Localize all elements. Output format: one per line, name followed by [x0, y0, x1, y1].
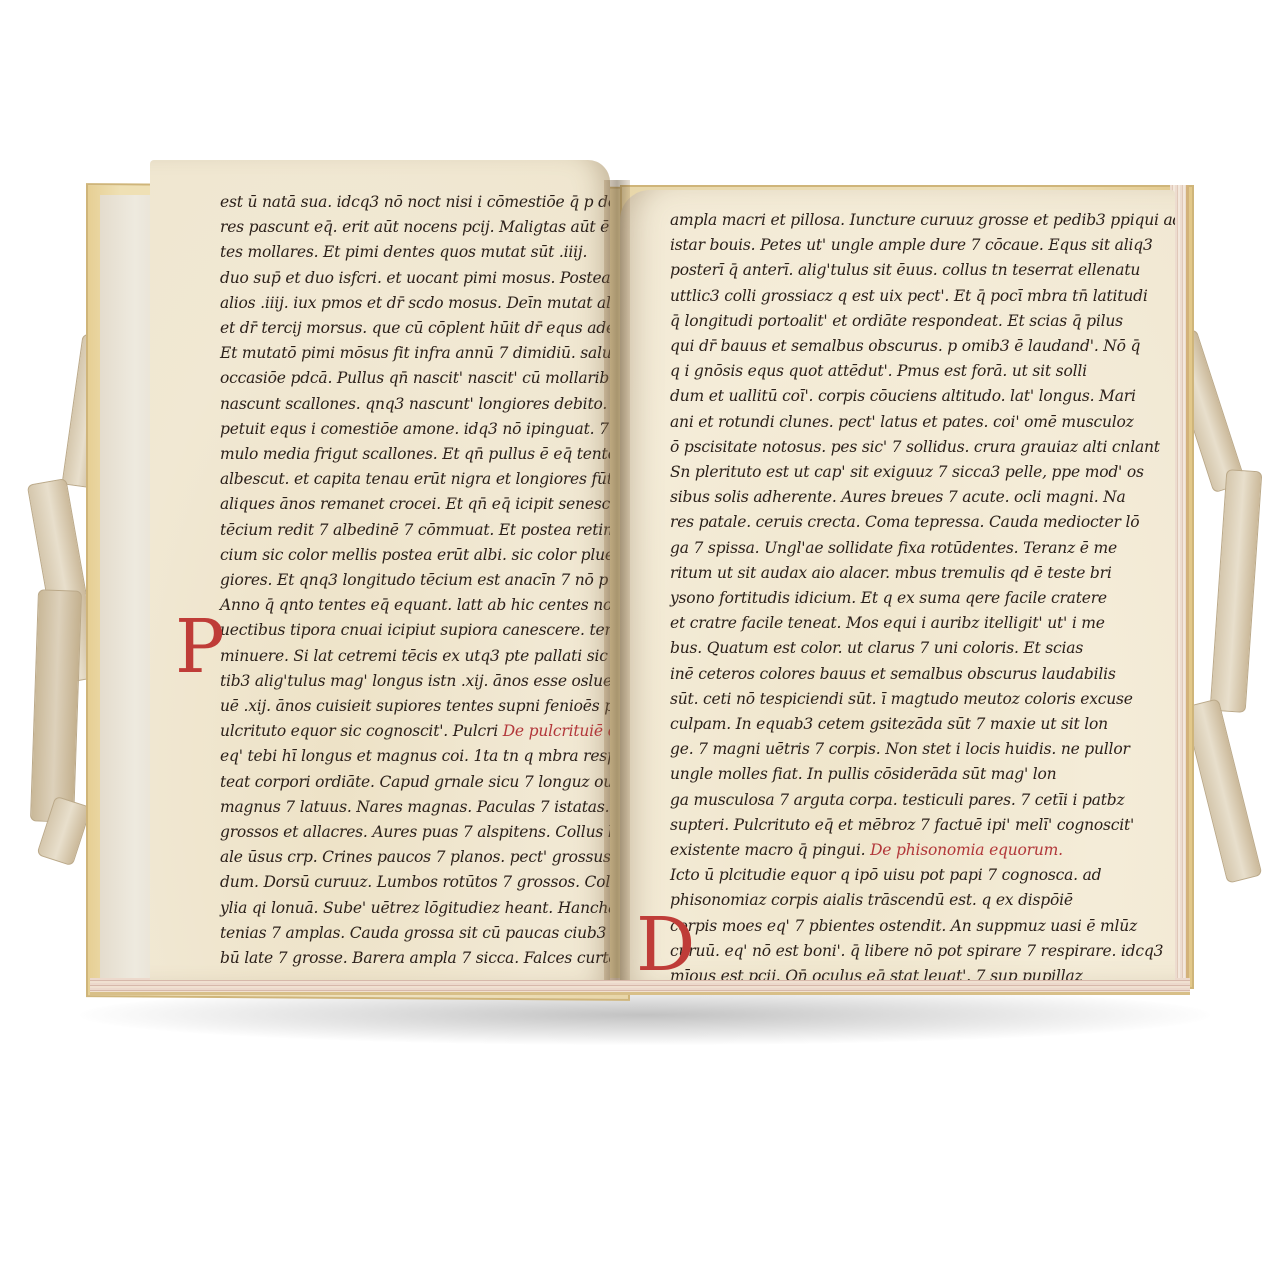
text-line: ale ūsus crp. Crines paucos 7 planos. pe… [220, 845, 610, 870]
text-line: tēcium redit 7 albedinē 7 cōmmuat. Et po… [220, 518, 610, 543]
red-initial-p: P [175, 610, 225, 684]
text-line: albescut. et capita tenau erūt nigra et … [220, 467, 610, 492]
text-line: q̄ longitudi portoalit' et ordiāte respo… [670, 309, 1175, 334]
text-line: eq' tebi hī longus et magnus coi. 1ta tn… [220, 744, 610, 769]
text-line: curuū. eq' nō est boni'. q̄ libere nō po… [670, 939, 1175, 964]
text-line: sūt. ceti nō tespiciendi sūt. ī magtudo … [670, 687, 1175, 712]
text-line: q i gnōsis equs quot attēdut'. Pmus est … [670, 359, 1175, 384]
text-line: istar bouis. Petes ut' ungle ample dure … [670, 233, 1175, 258]
text-line: grossos et allacres. Aures puas 7 alspit… [220, 820, 610, 845]
text-line: et dr̄ tercij morsus. que cū cōplent hūi… [220, 316, 610, 341]
text-line: ga 7 spissa. Ungl'ae sollidate fixa rotū… [670, 536, 1175, 561]
text-line: phisonomiaz corpis aialis trāscendū est.… [670, 888, 1175, 913]
text-line: ga musculosa 7 arguta corpa. testiculi p… [670, 788, 1175, 813]
text-line: bū late 7 grosse. Barera ampla 7 sicca. … [220, 946, 610, 971]
text-line: minuere. Si lat cetremi tēcis ex utq3 pt… [220, 644, 610, 669]
text-line: ritum ut sit audax aio alacer. mbus trem… [670, 561, 1175, 586]
text-line: Et mutatō pimi mōsus fit infra annū 7 di… [220, 341, 610, 366]
text-line: qui dr̄ bauus et semalbus obscurus. p om… [670, 334, 1175, 359]
text-line: mulo media frigut scallones. Et qn̄ pull… [220, 442, 610, 467]
text-line: aliques ānos remanet crocei. Et qn̄ eq̄ … [220, 492, 610, 517]
text-line: supteri. Pulcrituto eq̄ et mēbroz 7 fact… [670, 813, 1175, 838]
left-page: est ū natā sua. idcq3 nō noct nisi i cōm… [150, 160, 610, 980]
text-line: ungle molles fiat. In pullis cōsiderāda … [670, 762, 1175, 787]
text-line: duo sup̄ et duo isfcri. et uocant pimi m… [220, 266, 610, 291]
spine-gutter [604, 180, 630, 980]
text-line: nascunt scallones. qnq3 nascunt' longior… [220, 392, 610, 417]
text-line: tenias 7 amplas. Cauda grossa sit cū pau… [220, 921, 610, 946]
text-line: ysono fortitudis idicium. Et q ex suma q… [670, 586, 1175, 611]
text-line: alios .iiij. iux pmos et dr̄ scdo mosus.… [220, 291, 610, 316]
text-line: ō pscisitate notosus. pes sic' 7 sollidu… [670, 435, 1175, 460]
text-line: cium sic color mellis postea erūt albi. … [220, 543, 610, 568]
text-line: res pascunt eq̄. erit aūt nocens pcij. M… [220, 215, 610, 240]
text-line: culpam. In equab3 cetem gsitezāda sūt 7 … [670, 712, 1175, 737]
text-line: existente macro q̄ pingui. De phisonomia… [670, 838, 1175, 863]
right-page-text: ampla macri et pillosa. Iuncture curuuz … [670, 208, 1175, 980]
text-line: ge. 7 magni uētris 7 corpis. Non stet i … [670, 737, 1175, 762]
text-line: bus. Quatum est color. ut clarus 7 uni c… [670, 636, 1175, 661]
text-line: ulcrituto equor sic cognoscit'. Pulcri D… [220, 719, 610, 744]
rubric-heading: De pulcrituiē equor [503, 722, 610, 740]
text-line: Anno q̄ qnto tentes eq̄ equant. latt ab … [220, 593, 610, 618]
rubric-heading: De phisonomia equorum. [870, 841, 1063, 859]
right-page: ampla macri et pillosa. Iuncture curuuz … [620, 190, 1175, 980]
text-line: tes mollares. Et pimi dentes quos mutat … [220, 240, 610, 265]
text-line: ylia qi lonuā. Sube' uētrez lōgitudiez h… [220, 896, 610, 921]
text-line: tib3 alig'tulus mag' longus istn .xij. ā… [220, 669, 610, 694]
text-line: uttlic3 colli grossiacz q est uix pect'.… [670, 284, 1175, 309]
text-line: dum et uallitū coī'. corpis cōuciens alt… [670, 384, 1175, 409]
text-line: dum. Dorsū curuuz. Lumbos rotūtos 7 gros… [220, 870, 610, 895]
text-line: et cratre facile teneat. Mos equi i auri… [670, 611, 1175, 636]
text-line: corpis moes eq' 7 pbientes ostendit. An … [670, 914, 1175, 939]
text-line: res patale. ceruis crecta. Coma tepressa… [670, 510, 1175, 535]
text-line: Icto ū plcitudie equor q ipō uisu pot pa… [670, 863, 1175, 888]
manuscript-photo: est ū natā sua. idcq3 nō noct nisi i cōm… [0, 0, 1280, 1280]
left-page-text: est ū natā sua. idcq3 nō noct nisi i cōm… [220, 190, 610, 971]
text-line: uectibus tipora cnuai icipiut supiora ca… [220, 618, 610, 643]
right-tie-strap [1210, 469, 1263, 713]
text-line: sibus solis adherente. Aures breues 7 ac… [670, 485, 1175, 510]
text-line: teat corpori ordiāte. Capud grnale sicu … [220, 770, 610, 795]
text-line: petuit equs i comestiōe amone. idq3 nō i… [220, 417, 610, 442]
text-line: mīous est pcij. Qn̄ oculus eq̄ stat leua… [670, 964, 1175, 980]
text-line: inē ceteros colores bauus et semalbus ob… [670, 662, 1175, 687]
text-line: ampla macri et pillosa. Iuncture curuuz … [670, 208, 1175, 233]
text-line: giores. Et qnq3 longitudo tēcium est ana… [220, 568, 610, 593]
left-tie-strap [30, 589, 82, 822]
text-line: uē .xij. ānos cuisieit supiores tentes s… [220, 694, 610, 719]
text-line: occasiōe pdcā. Pullus qn̄ nascit' nascit… [220, 366, 610, 391]
text-line: ani et rotundi clunes. pect' latus et pa… [670, 410, 1175, 435]
right-tie-strap [1184, 698, 1263, 883]
text-line: est ū natā sua. idcq3 nō noct nisi i cōm… [220, 190, 610, 215]
page-edges-tail [90, 978, 1190, 995]
text-line: magnus 7 latuus. Nares magnas. Paculas 7… [220, 795, 610, 820]
text-line: Sn plerituto est ut cap' sit exiguuz 7 s… [670, 460, 1175, 485]
text-line: posterī q̄ anterī. alig'tulus sit ēuus. … [670, 258, 1175, 283]
red-initial-d: D [636, 908, 695, 980]
